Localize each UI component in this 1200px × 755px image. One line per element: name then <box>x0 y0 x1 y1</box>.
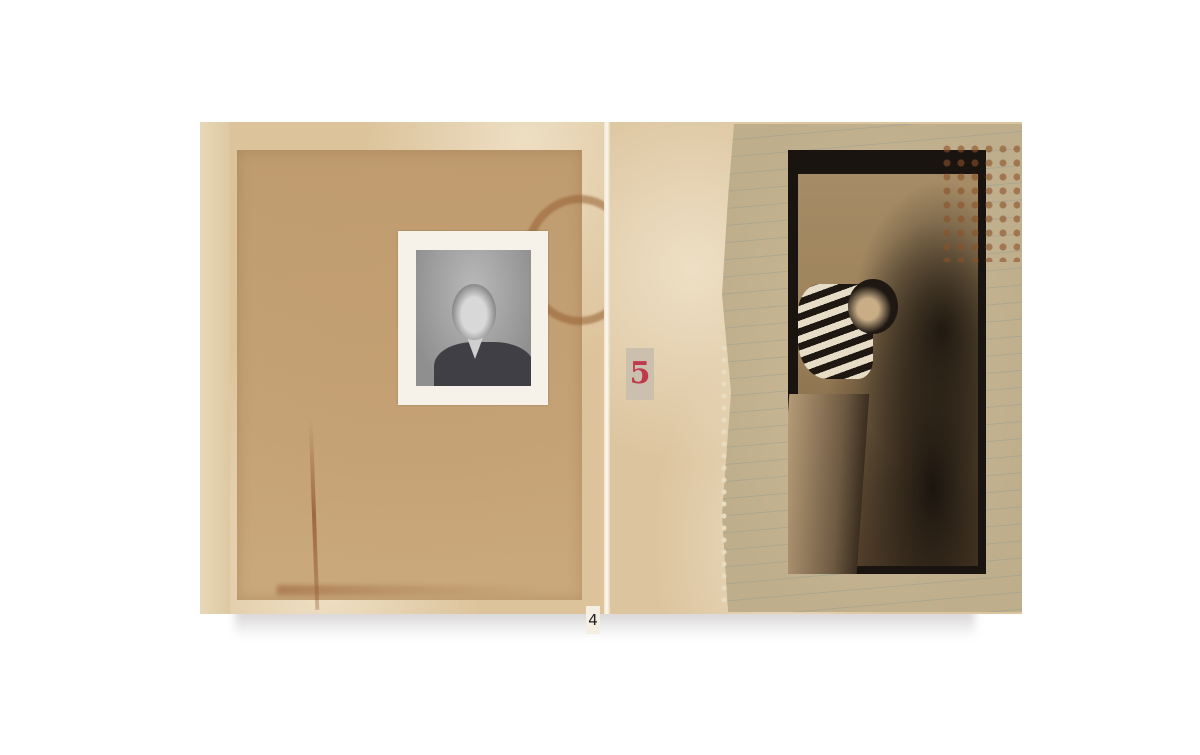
vertical-stain <box>309 420 320 610</box>
right-page: 5 <box>610 122 1022 614</box>
portrait-face <box>452 284 496 340</box>
kraft-paper-panel: 4 <box>237 150 582 600</box>
portrait-photo <box>416 250 531 386</box>
portrait-dress <box>434 342 531 386</box>
page-number-left: 4 <box>586 606 600 634</box>
photo-child-head <box>848 279 898 334</box>
photo-stone-wall <box>777 394 870 574</box>
rust-spots <box>940 142 1020 262</box>
left-page-edge <box>200 122 230 614</box>
open-book: 4 5 <box>200 122 1022 614</box>
page-number-right: 5 <box>626 348 654 400</box>
horizontal-stain <box>277 585 537 595</box>
portrait-photo-frame <box>398 231 548 405</box>
perforated-edge <box>720 342 728 602</box>
left-page: 4 <box>200 122 606 614</box>
